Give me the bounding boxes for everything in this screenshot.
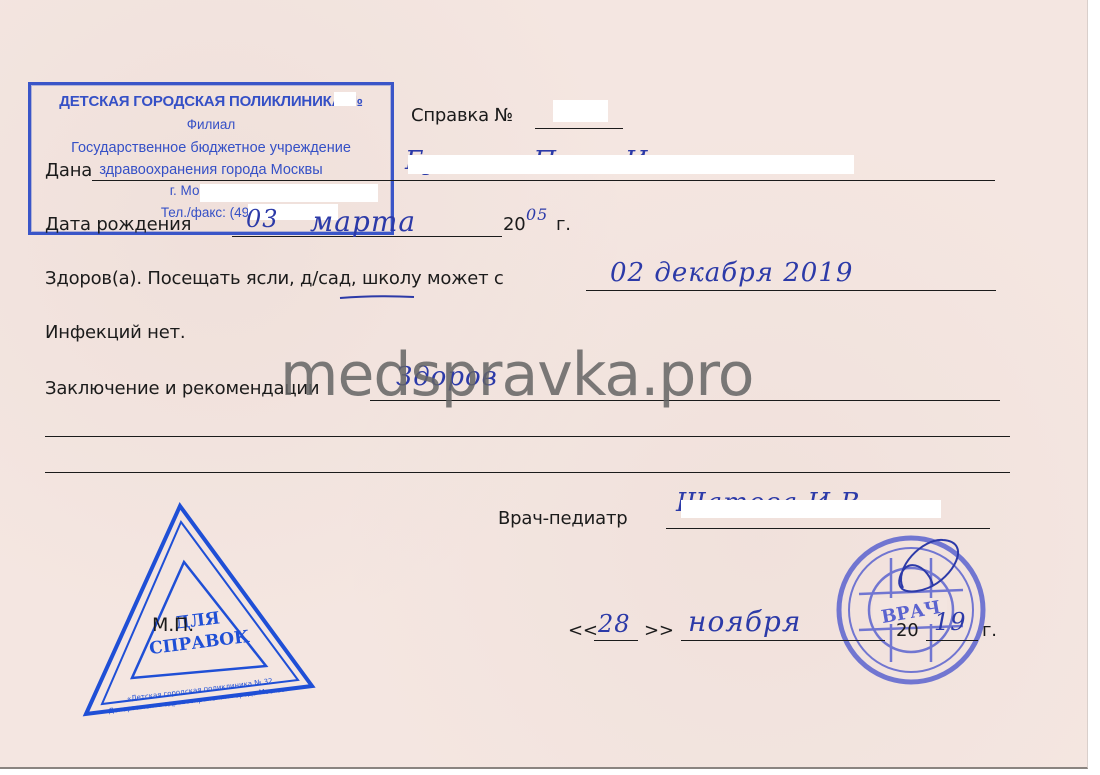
date-month: ноября [688, 605, 801, 638]
date-month-underline [681, 640, 885, 641]
clinic-stamp-line: Филиал [31, 117, 391, 132]
doctor-label: Врач-педиатр [498, 508, 627, 529]
birth-year-suffix: 05 [526, 205, 548, 224]
clinic-stamp-line: Государственное бюджетное учреждение [31, 140, 391, 156]
redaction [334, 92, 356, 106]
certificate-title: Справка № [411, 105, 513, 126]
underline-mark [338, 292, 418, 302]
redaction [200, 184, 378, 202]
birth-date-label: Дата рождения [45, 214, 191, 235]
blank-line [45, 472, 1010, 473]
doctor-round-stamp: ВРАЧ [833, 528, 993, 688]
birth-year-end: г. [556, 214, 571, 235]
redaction [553, 100, 608, 122]
date-year-prefix: 20 [896, 620, 919, 641]
birth-day-value: 03 [246, 205, 279, 233]
birth-month-value: марта [310, 205, 416, 238]
date-year-underline [926, 640, 978, 641]
date-day-underline [594, 640, 638, 641]
conclusion-label: Заключение и рекомендации [45, 378, 319, 399]
watermark: medspravka.pro [280, 340, 753, 410]
date-close-quote: >> [644, 620, 674, 641]
date-year-end: г. [982, 620, 997, 641]
blank-line [45, 436, 1010, 437]
redaction [408, 155, 854, 174]
issued-to-label: Дана [45, 160, 92, 181]
infections-statement: Инфекций нет. [45, 322, 185, 343]
date-open-quote: << [568, 620, 598, 641]
certificate-paper: ДЕТСКАЯ ГОРОДСКАЯ ПОЛИКЛИНИКА № Филиал Г… [0, 0, 1088, 769]
seal-place-label: М.П. [152, 614, 194, 636]
health-statement: Здоров(а). Посещать ясли, д/сад, школу м… [45, 268, 504, 289]
number-underline [535, 128, 623, 129]
triangle-stamp: ДЛЯ СПРАВОК «Детская городская поликлини… [80, 500, 320, 720]
date-year-suffix: 19 [934, 608, 967, 636]
date-day: 28 [598, 610, 631, 638]
issued-to-underline [92, 180, 995, 181]
allowed-from-value: 02 декабря 2019 [610, 258, 853, 288]
allowed-from-underline [586, 290, 996, 291]
birth-year-prefix: 20 [503, 214, 526, 235]
redaction [681, 500, 941, 518]
